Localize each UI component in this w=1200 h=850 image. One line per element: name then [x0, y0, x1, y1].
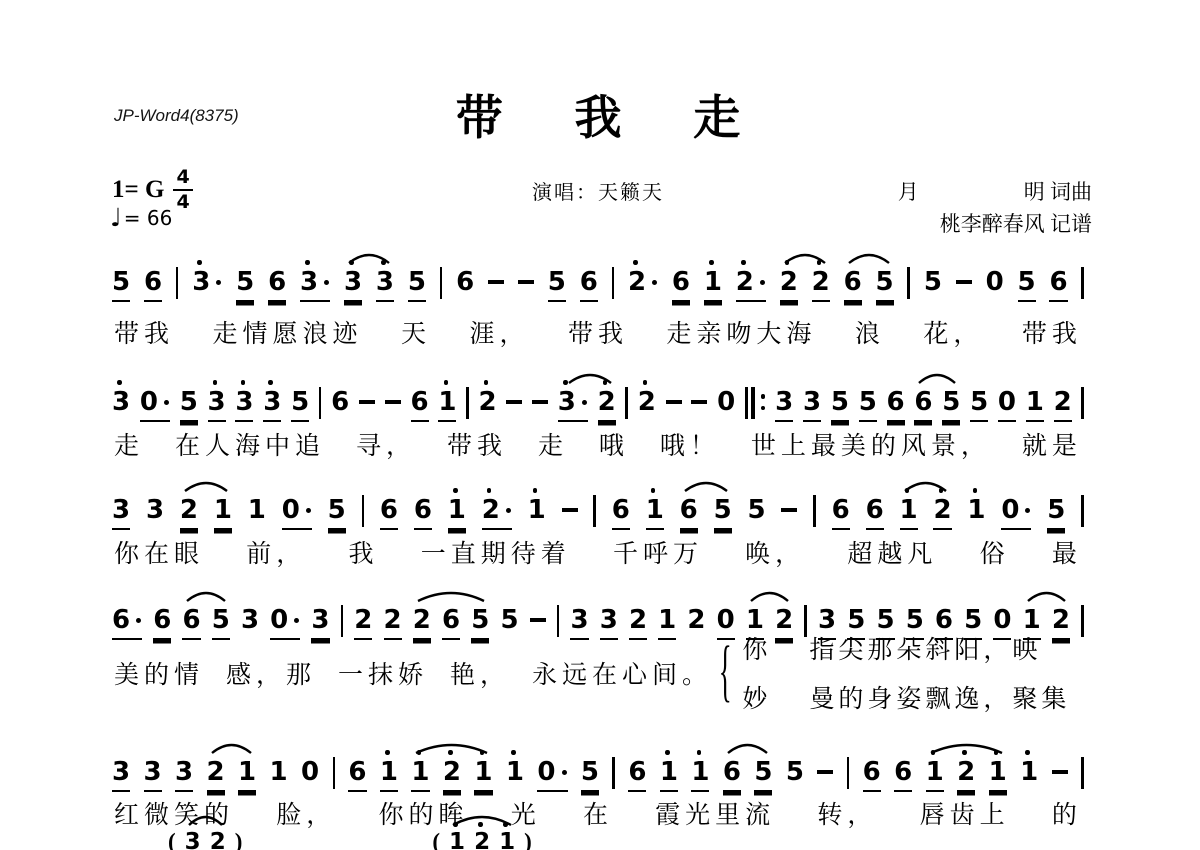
lyric-segment: 曼的身姿飘逸，聚集: [809, 679, 1070, 715]
note: 6: [680, 484, 698, 523]
parenthesis: ): [524, 818, 532, 850]
octave-dot: [376, 260, 391, 265]
octave-dot: [474, 822, 487, 827]
lyric-segment: 天: [401, 314, 431, 350]
credit-lyricist-composer: 月 明 词曲: [898, 176, 1092, 208]
lyric-segment: 世上最美的风景，: [751, 426, 991, 462]
note: 2: [780, 256, 798, 295]
duration-dash: [1052, 746, 1068, 774]
note: 6: [935, 594, 953, 633]
barline: [1081, 387, 1084, 419]
octave-dot: [300, 260, 315, 265]
lyric-segment: 带我: [447, 426, 507, 462]
lyric-segment: 走情愿浪迹: [212, 314, 362, 350]
augmentation-dot: [324, 280, 329, 285]
duration-dash: [956, 256, 972, 284]
octave-dot: [1020, 750, 1035, 755]
octave-dot: [263, 380, 278, 385]
lyric-segment: 一直期待着: [421, 534, 571, 570]
octave-dot: [235, 380, 250, 385]
octave-dot: [528, 488, 543, 493]
note: 3: [146, 484, 164, 523]
duration-dash: [385, 376, 401, 404]
lyric-segment: 哦: [599, 426, 629, 462]
note: 6: [268, 256, 286, 295]
note: 5: [748, 484, 766, 523]
barline: [1081, 267, 1084, 299]
key-signature: 1= G: [112, 176, 164, 204]
note: 2: [1054, 376, 1072, 415]
lyric-segment: 唤，: [745, 534, 805, 570]
lyric-segment: 美的情: [114, 655, 204, 691]
lyric-segment: 俗: [980, 534, 1010, 570]
octave-dot: [112, 380, 127, 385]
octave-dot: [812, 260, 827, 265]
octave-dot: [380, 750, 395, 755]
quarter-note-icon: ♩: [110, 208, 122, 228]
note: 1: [449, 818, 465, 850]
lyric-segment: 你: [742, 630, 771, 666]
octave-dot: [736, 260, 751, 265]
lyrics-line-4-verses: 你指尖那朵斜阳，映妙曼的身姿飘逸，聚集: [742, 630, 1100, 715]
note: 2: [210, 818, 226, 850]
note: 2: [180, 484, 198, 523]
barline: [466, 387, 469, 419]
lyrics-line-3: 你在眼前，我一直期待着千呼万唤，超越凡俗最: [114, 534, 1082, 570]
note: 3: [376, 256, 394, 295]
music-line-5: 333211061121105611655661211: [112, 746, 1084, 798]
note: 1: [660, 746, 678, 785]
note: 1: [238, 746, 256, 785]
barline: [612, 267, 615, 299]
barline: [440, 267, 443, 299]
duration-dash: [666, 376, 682, 404]
note: 1: [528, 484, 546, 523]
lyric-segment: 永远在心间。: [532, 655, 712, 691]
lyric-segment: 涯，: [469, 314, 529, 350]
note: 5: [859, 376, 877, 415]
augmentation-dot: [652, 280, 657, 285]
duration-dash: [488, 256, 504, 284]
note: 3: [241, 594, 259, 633]
note: 2: [812, 256, 830, 295]
octave-dot: [192, 260, 207, 265]
note: 6: [348, 746, 366, 785]
note: 5: [1018, 256, 1036, 295]
music-line-3: 332110566121616556612105: [112, 484, 1084, 536]
note: 5: [754, 746, 772, 785]
note: 6: [914, 376, 932, 415]
duration-dash: [359, 376, 375, 404]
note: 6: [723, 746, 741, 785]
octave-dot: [558, 380, 573, 385]
note: 6: [866, 484, 884, 523]
octave-dot: [933, 488, 948, 493]
note: 5: [291, 376, 309, 415]
lyric-segment: 一抹娇: [338, 655, 428, 691]
note: 3: [263, 376, 281, 415]
repeat-start-sign: [745, 376, 766, 419]
octave-dot: [957, 750, 972, 755]
augmentation-dot: [294, 618, 299, 623]
note: 5: [548, 256, 566, 295]
lyric-segment: 浪: [855, 314, 885, 350]
note: 1: [506, 746, 524, 785]
augmentation-dot: [1025, 508, 1030, 513]
note: 6: [887, 376, 905, 415]
note: 3: [192, 256, 222, 295]
music-line-2: 30533356612322033556655012: [112, 376, 1084, 428]
note: 1: [926, 746, 944, 785]
note: 3: [208, 376, 226, 415]
note: 1: [270, 746, 288, 785]
lyric-segment: 千呼万: [613, 534, 703, 570]
note: 6: [456, 256, 474, 295]
octave-dot: [704, 260, 719, 265]
lyrics-line-2: 走在人海中追寻，带我走哦哦！世上最美的风景，就是: [114, 426, 1082, 462]
lyric-segment: 前，: [246, 534, 306, 570]
lyrics-line-4-left: 美的情感，那一抹娇艳，永远在心间。: [114, 655, 712, 691]
note: 5: [831, 376, 849, 415]
note: 5: [328, 484, 346, 523]
lyric-segment: 你在眼: [114, 534, 204, 570]
note: 1: [474, 746, 492, 785]
note: 5: [1047, 484, 1065, 523]
note: 6: [1049, 256, 1067, 295]
note: 2: [628, 256, 658, 295]
barline: [1081, 757, 1084, 789]
lyric-segment: 走亲吻大海: [666, 314, 816, 350]
lyric-segment: 在: [583, 795, 613, 831]
song-title: 带 我 走: [112, 94, 1084, 146]
note: 6: [380, 484, 398, 523]
note: 6: [112, 594, 142, 633]
note: 5: [847, 594, 865, 633]
time-signature-denominator: 4: [176, 191, 189, 212]
note: 0: [986, 256, 1004, 295]
note: 6: [414, 484, 432, 523]
grace-note-group: (32): [168, 818, 242, 850]
note: 5: [236, 256, 254, 295]
tempo-marking: ♩ = 66: [110, 206, 172, 230]
lyric-segment: 妙: [742, 679, 771, 715]
lyric-segment: 最: [1052, 534, 1082, 570]
octave-dot: [638, 380, 653, 385]
time-signature: 4 4: [173, 168, 192, 212]
note: 3: [300, 256, 330, 295]
lyric-segment: 花，: [923, 314, 983, 350]
lyrics-line-4-group: 美的情感，那一抹娇艳，永远在心间。{你指尖那朵斜阳，映妙曼的身姿飘逸，聚集: [114, 630, 1100, 715]
note: 2: [482, 484, 512, 523]
lyric-segment: 带我: [568, 314, 628, 350]
note: 1: [438, 376, 456, 415]
lyric-segment: 就是: [1022, 426, 1082, 462]
note: 6: [894, 746, 912, 785]
lyric-segment: 唇齿上: [920, 795, 1010, 831]
note: 3: [570, 594, 588, 633]
note: 3: [185, 818, 201, 850]
octave-dot: [628, 260, 643, 265]
note: 3: [112, 746, 130, 785]
barline: [593, 495, 596, 527]
note: 1: [411, 746, 429, 785]
note: 1: [746, 594, 764, 633]
augmentation-dot: [562, 770, 567, 775]
lyric-segment: 寻，: [356, 426, 416, 462]
note: 6: [411, 376, 429, 415]
lyric-segment: 超越凡: [847, 534, 937, 570]
note: 1: [967, 484, 985, 523]
barline: [612, 757, 615, 789]
octave-dot: [411, 750, 426, 755]
note: 0: [998, 376, 1016, 415]
lyrics-brace: {: [719, 633, 732, 711]
octave-dot: [438, 380, 453, 385]
note: 2: [933, 484, 951, 523]
augmentation-dot: [164, 400, 169, 405]
note: 6: [612, 484, 630, 523]
parenthesis: (: [432, 818, 440, 850]
note: 3: [600, 594, 618, 633]
note: 3: [144, 746, 162, 785]
octave-dot: [478, 380, 493, 385]
augmentation-dot: [506, 508, 511, 513]
lyric-segment: 走: [114, 426, 144, 462]
note: 1: [499, 818, 515, 850]
duration-dash: [518, 256, 534, 284]
note: 2: [478, 376, 496, 415]
note: 2: [354, 594, 372, 633]
note: 6: [628, 746, 646, 785]
note: 5: [924, 256, 942, 295]
lyric-segment: 我: [348, 534, 378, 570]
barline: [907, 267, 910, 299]
note: 2: [736, 256, 766, 295]
barline: [625, 387, 628, 419]
octave-dot: [989, 750, 1004, 755]
octave-dot: [646, 488, 661, 493]
note: 5: [500, 594, 518, 633]
note: 3: [112, 484, 130, 523]
note: 3: [344, 256, 362, 295]
note: 2: [384, 594, 402, 633]
note: 2: [207, 746, 225, 785]
note: 6: [863, 746, 881, 785]
sheet-music-page: JP-Word4(8375) 带 我 走 演唱：天籁天 1= G 4 4 ♩ =…: [0, 0, 1200, 850]
note: 1: [448, 484, 466, 523]
credit-transcriber: 桃李醉春风 记谱: [898, 208, 1092, 240]
grace-note-annotations: (32)(121): [112, 818, 532, 850]
octave-dot: [449, 822, 462, 827]
note: 3: [112, 376, 130, 415]
note: 1: [646, 484, 664, 523]
duration-dash: [562, 484, 578, 512]
note: 3: [175, 746, 193, 785]
note: 6: [844, 256, 862, 295]
barline: [333, 757, 336, 789]
lyric-segment: 带我: [1022, 314, 1082, 350]
augmentation-dot: [582, 400, 587, 405]
note: 1: [989, 746, 1007, 785]
note: 1: [691, 746, 709, 785]
octave-dot: [482, 488, 497, 493]
note: 1: [704, 256, 722, 295]
lyric-segment: 霞光里流: [655, 795, 775, 831]
grace-note-group: (121): [432, 818, 531, 850]
note: 1: [380, 746, 398, 785]
octave-dot: [967, 488, 982, 493]
duration-dash: [691, 376, 707, 404]
parenthesis: (: [168, 818, 176, 850]
note: 2: [687, 594, 705, 633]
note: 2: [443, 746, 461, 785]
octave-dot: [499, 822, 512, 827]
lyric-segment: 带我: [114, 314, 174, 350]
note: 5: [471, 594, 489, 633]
note: 1: [658, 594, 676, 633]
octave-dot: [344, 260, 359, 265]
note: 5: [876, 256, 894, 295]
lyric-segment: 指尖那朵斜阳，映: [809, 630, 1041, 666]
note: 0: [993, 594, 1011, 633]
tempo-value: = 66: [124, 206, 173, 230]
note: 3: [558, 376, 588, 415]
note: 5: [212, 594, 230, 633]
note: 3: [803, 376, 821, 415]
note: 6: [832, 484, 850, 523]
note: 6: [144, 256, 162, 295]
note: 5: [581, 746, 599, 785]
note: 2: [775, 594, 793, 633]
duration-dash: [817, 746, 833, 774]
note: 2: [957, 746, 975, 785]
note: 0: [301, 746, 319, 785]
octave-dot: [926, 750, 941, 755]
note: 1: [1020, 746, 1038, 785]
note: 3: [311, 594, 329, 633]
note: 5: [180, 376, 198, 415]
note: 0: [717, 376, 735, 415]
octave-dot: [448, 488, 463, 493]
verse-row: 你指尖那朵斜阳，映: [742, 630, 1100, 666]
augmentation-dot: [216, 280, 221, 285]
note: 5: [942, 376, 960, 415]
note: 5: [786, 746, 804, 785]
duration-dash: [506, 376, 522, 404]
note: 0: [140, 376, 170, 415]
note: 1: [1023, 594, 1041, 633]
lyrics-line-1: 带我走情愿浪迹天涯，带我走亲吻大海浪花，带我: [114, 314, 1082, 350]
note: 2: [474, 818, 490, 850]
octave-dot: [208, 380, 223, 385]
note: 2: [629, 594, 647, 633]
augmentation-dot: [306, 508, 311, 513]
note: 3: [775, 376, 793, 415]
note: 6: [580, 256, 598, 295]
note: 1: [214, 484, 232, 523]
octave-dot: [780, 260, 795, 265]
note: 1: [1026, 376, 1044, 415]
note: 5: [112, 256, 130, 295]
note: 3: [818, 594, 836, 633]
note: 1: [248, 484, 266, 523]
note: 5: [408, 256, 426, 295]
octave-dot: [900, 488, 915, 493]
barline: [847, 757, 850, 789]
note: 5: [964, 594, 982, 633]
augmentation-dot: [136, 618, 141, 623]
barline: [362, 495, 365, 527]
note: 1: [900, 484, 918, 523]
note: 0: [282, 484, 312, 523]
barline: [176, 267, 179, 299]
augmentation-dot: [760, 280, 765, 285]
octave-dot: [474, 750, 489, 755]
note: 2: [598, 376, 616, 415]
lyric-segment: 艳，: [450, 655, 510, 691]
duration-dash: [781, 484, 797, 512]
note: 5: [906, 594, 924, 633]
note: 2: [638, 376, 656, 415]
duration-dash: [530, 594, 546, 622]
octave-dot: [598, 380, 613, 385]
note: 0: [537, 746, 567, 785]
parenthesis: ): [235, 818, 243, 850]
music-line-1: 563563335656261222655056: [112, 256, 1084, 308]
note: 0: [270, 594, 300, 633]
note: 5: [876, 594, 894, 633]
octave-dot: [691, 750, 706, 755]
lyric-segment: 的: [1052, 795, 1082, 831]
verse-row: 妙曼的身姿飘逸，聚集: [742, 679, 1100, 715]
note: 6: [442, 594, 460, 633]
note: 6: [331, 376, 349, 415]
note: 6: [182, 594, 200, 633]
lyric-segment: 哦！: [660, 426, 720, 462]
note: 5: [714, 484, 732, 523]
lyric-segment: 转，: [817, 795, 877, 831]
lyric-segment: 在人海中追: [175, 426, 325, 462]
lyric-segment: 走: [538, 426, 568, 462]
note: 5: [970, 376, 988, 415]
note: 3: [235, 376, 253, 415]
note: 0: [717, 594, 735, 633]
time-signature-numerator: 4: [173, 168, 192, 191]
lyric-segment: 感，那: [226, 655, 316, 691]
note: 2: [413, 594, 431, 633]
note: 6: [153, 594, 171, 633]
note: 6: [672, 256, 690, 295]
note: 0: [1001, 484, 1031, 523]
note: 2: [1052, 594, 1070, 633]
octave-dot: [506, 750, 521, 755]
octave-dot: [443, 750, 458, 755]
credits: 月 明 词曲 桃李醉春风 记谱: [898, 176, 1092, 240]
barline: [1081, 495, 1084, 527]
octave-dot: [660, 750, 675, 755]
barline: [813, 495, 816, 527]
barline: [319, 387, 322, 419]
duration-dash: [532, 376, 548, 404]
